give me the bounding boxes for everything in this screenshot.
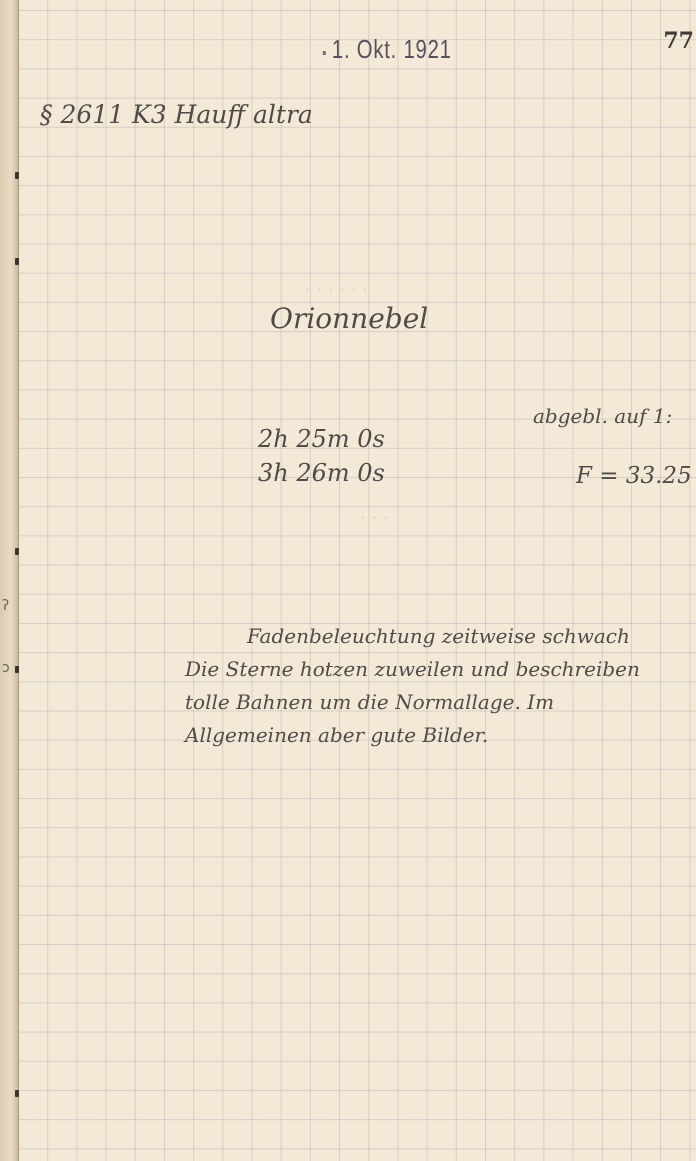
stitch-hole bbox=[15, 172, 19, 179]
observation-remarks: Fadenbeleuchtung zeitweise schwach Die S… bbox=[185, 620, 640, 752]
date-stamp: ▪1. Okt. 1921 bbox=[322, 34, 452, 65]
page-number: 77 bbox=[663, 28, 694, 54]
exposure-time-2: 3h 26m 0s bbox=[258, 456, 385, 490]
stitch-hole bbox=[15, 258, 19, 265]
remarks-line: Allgemeinen aber gute Bilder. bbox=[185, 719, 640, 752]
stitch-hole bbox=[15, 1090, 19, 1097]
date-stamp-text: 1. Okt. 1921 bbox=[332, 34, 452, 64]
focal-value: F = 33.25 bbox=[576, 463, 692, 489]
stamp-dot: ▪ bbox=[322, 45, 327, 62]
margin-mark: ɔ bbox=[2, 660, 10, 676]
exposure-time-1: 2h 25m 0s bbox=[258, 422, 385, 456]
exposure-times: 2h 25m 0s 3h 26m 0s bbox=[258, 422, 385, 490]
scale-note: abgebl. auf 1: bbox=[533, 404, 672, 428]
catalog-reference: § 2611 K3 Hauff altra bbox=[40, 100, 313, 129]
margin-mark: ʔ bbox=[2, 598, 9, 614]
remarks-line: tolle Bahnen um die Normallage. Im bbox=[185, 686, 640, 719]
binding-strip bbox=[0, 0, 19, 1161]
object-name: Orionnebel bbox=[270, 302, 428, 335]
remarks-line: Fadenbeleuchtung zeitweise schwach bbox=[185, 620, 640, 653]
bleed-through-text: · · · bbox=[360, 508, 389, 529]
bleed-through-text: · · · · · · bbox=[305, 280, 368, 301]
stitch-hole bbox=[15, 666, 19, 673]
stitch-hole bbox=[15, 548, 19, 555]
remarks-line: Die Sterne hotzen zuweilen und beschreib… bbox=[185, 653, 640, 686]
notebook-page: ʔ ɔ ▪1. Okt. 1921 77 § 2611 K3 Hauff alt… bbox=[0, 0, 696, 1161]
